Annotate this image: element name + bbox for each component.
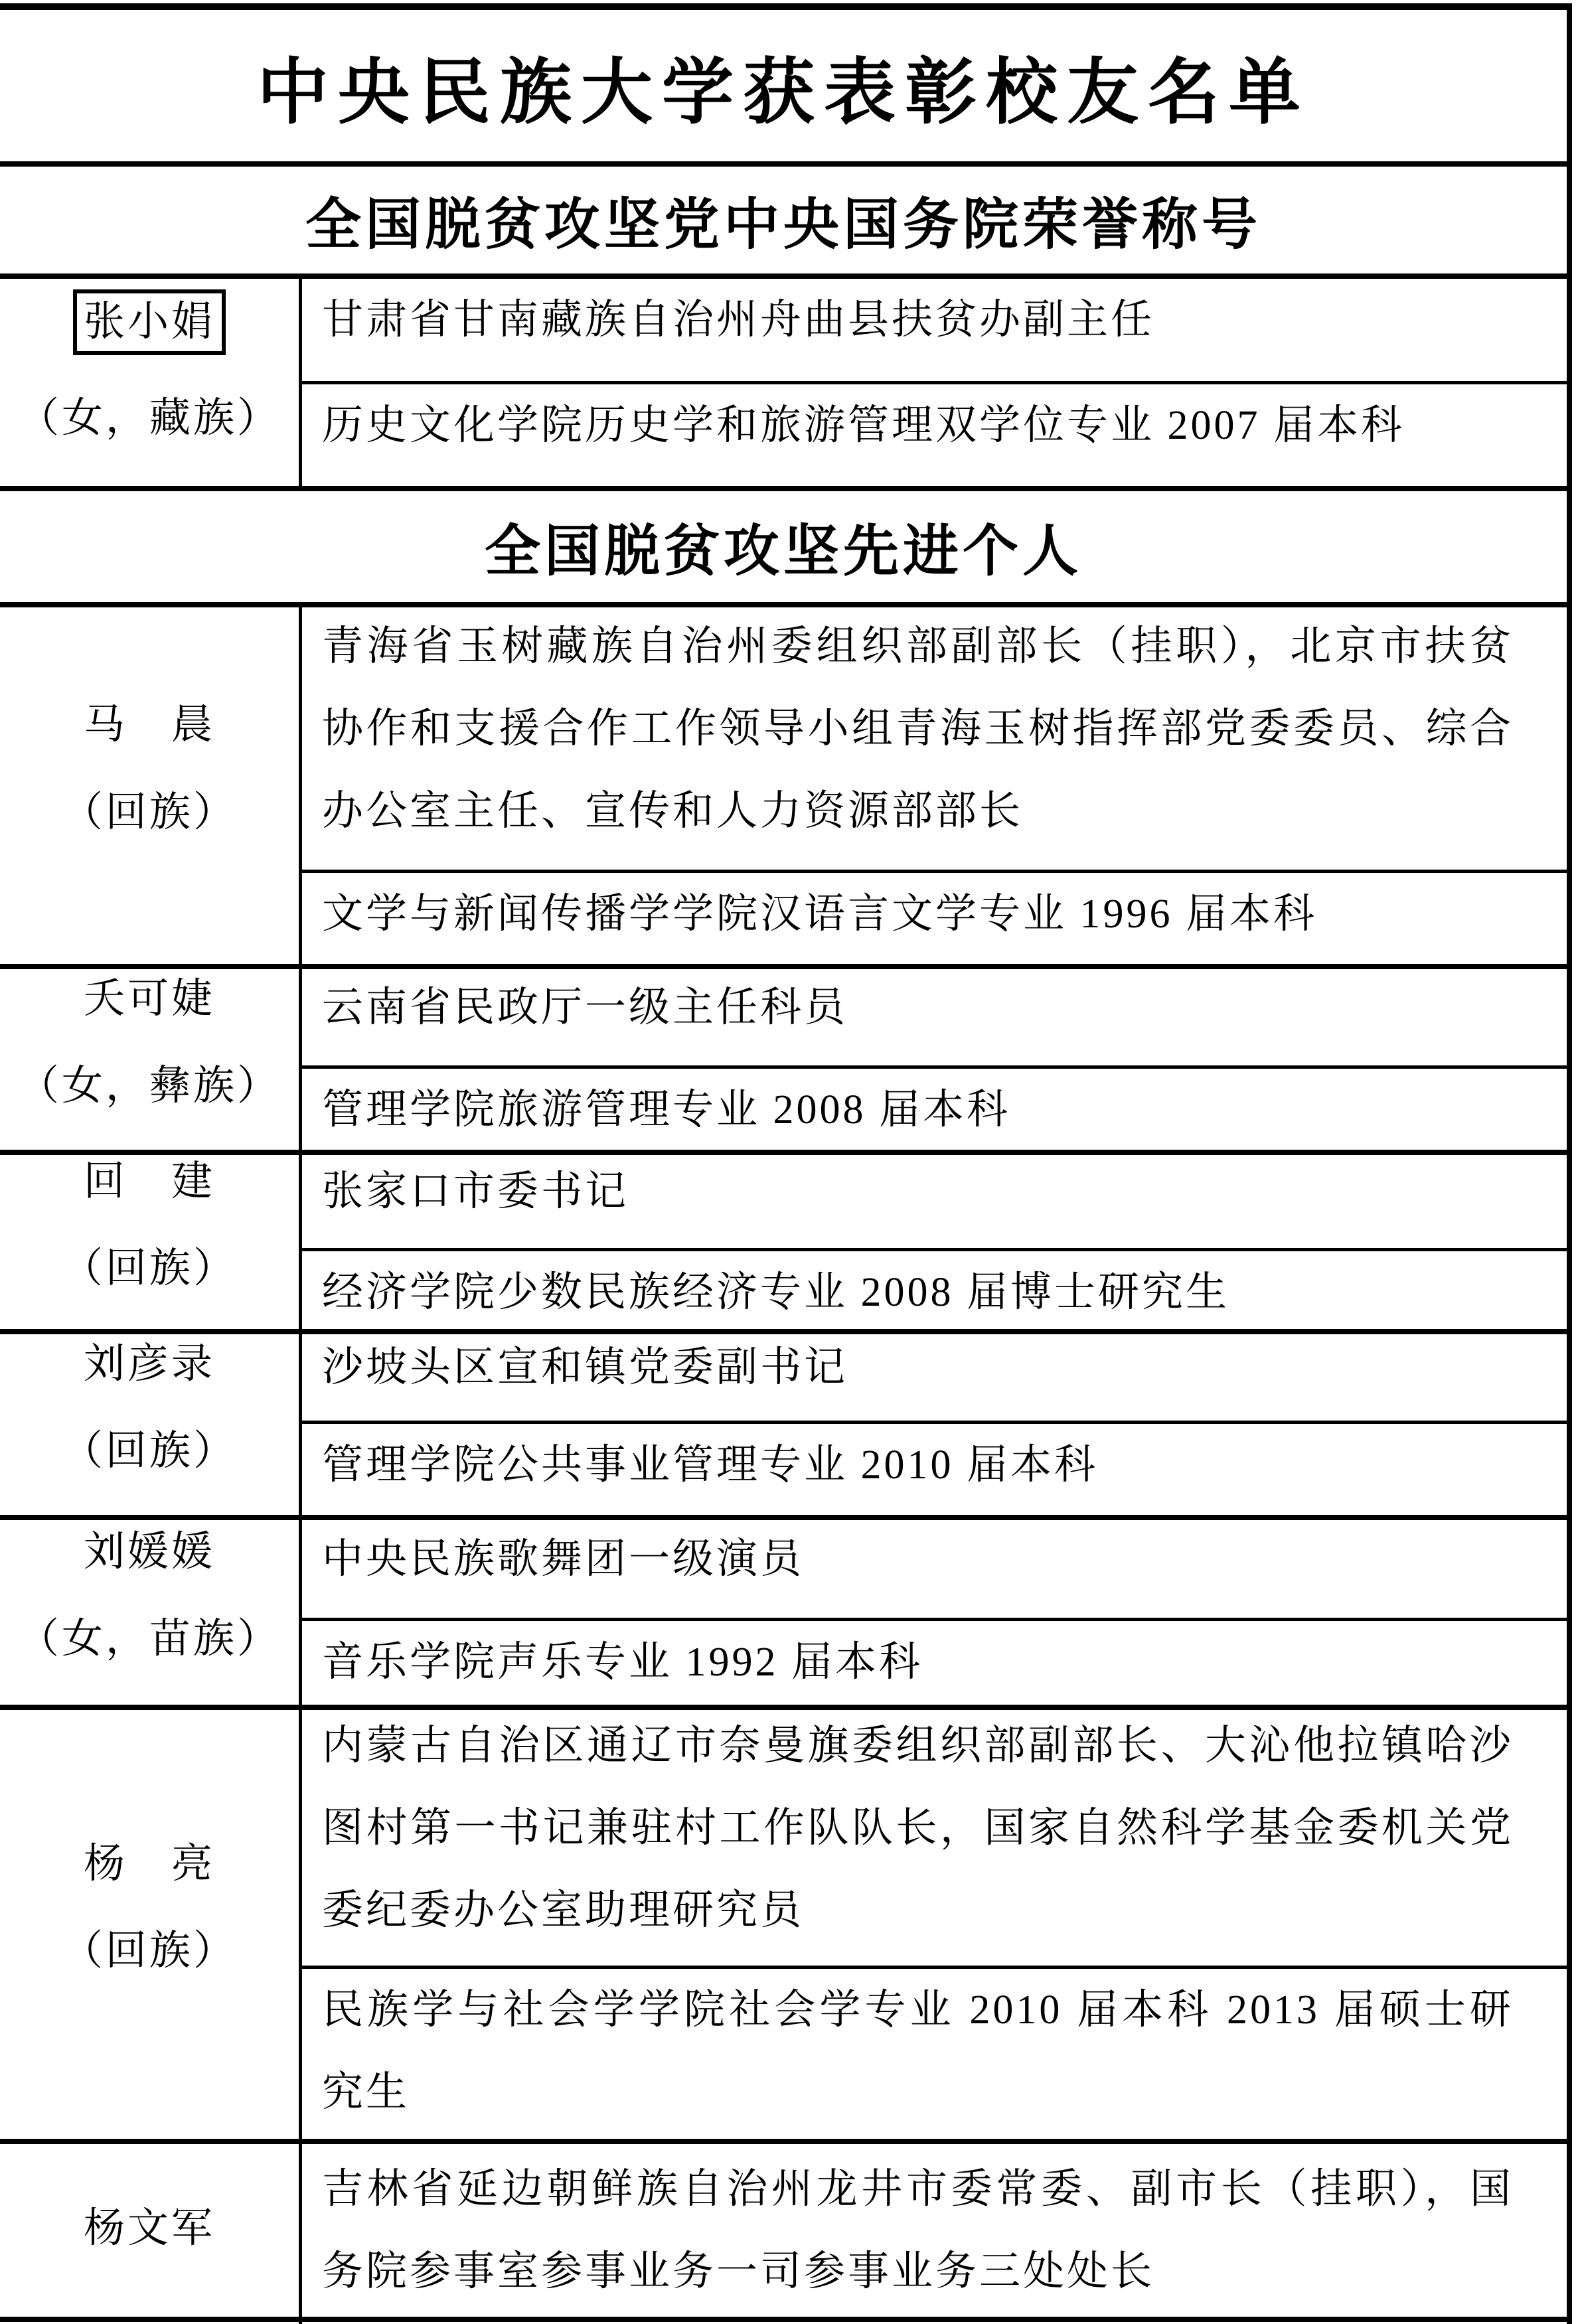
document-title-row: 中央民族大学获表彰校友名单 bbox=[0, 10, 1567, 167]
education-cell: 文学与新闻传播学学院汉语言文学专业 1996 届本科 bbox=[302, 873, 1567, 975]
name-cell: 张小娟 （女，藏族） bbox=[0, 279, 302, 486]
name-cell: 刘彦录 （回族） bbox=[0, 1334, 302, 1515]
details-column: 中央民族歌舞团一级演员 音乐学院声乐专业 1992 届本科 bbox=[302, 1520, 1567, 1705]
name-cell: 杨 亮 （回族） bbox=[0, 1710, 302, 2139]
name-cell: 马 晨 （回族） bbox=[0, 607, 302, 964]
education-cell: 管理学院公共事业管理专业 2010 届本科 bbox=[302, 1424, 1567, 1526]
position-cell: 张家口市委书记 bbox=[302, 1155, 1567, 1251]
table-row-liu-yuanyuan: 刘媛媛 （女，苗族） 中央民族歌舞团一级演员 音乐学院声乐专业 1992 届本科 bbox=[0, 1520, 1567, 1710]
table-bottom-border bbox=[0, 2317, 1572, 2322]
details-column: 青海省玉树藏族自治州委组织部副部长（挂职），北京市扶贫协作和支援合作工作领导小组… bbox=[302, 607, 1567, 964]
section-heading-advanced-individual-row: 全国脱贫攻坚先进个人 bbox=[0, 491, 1567, 607]
alumnus-ethnicity: （回族） bbox=[62, 789, 237, 836]
alumnus-name: 杨文军 bbox=[84, 2205, 215, 2252]
deceased-name-box: 张小娟 bbox=[73, 289, 226, 355]
section-heading-honorary-title-row: 全国脱贫攻坚党中央国务院荣誉称号 bbox=[0, 167, 1567, 279]
alumnus-name: 张小娟 bbox=[84, 299, 215, 345]
table-row-yao-kejie: 夭可婕 （女，彝族） 云南省民政厅一级主任科员 管理学院旅游管理专业 2008 … bbox=[0, 969, 1567, 1155]
position-cell: 内蒙古自治区通辽市奈曼旗委组织部副部长、大沁他拉镇哈沙图村第一书记兼驻村工作队队… bbox=[302, 1710, 1567, 1969]
details-column: 吉林省延边朝鲜族自治州龙井市委常委、副市长（挂职），国务院参事室参事业务一司参事… bbox=[302, 2144, 1567, 2324]
section-heading-honorary-title: 全国脱贫攻坚党中央国务院荣誉称号 bbox=[305, 180, 1261, 260]
section-heading-advanced-individual: 全国脱贫攻坚先进个人 bbox=[485, 506, 1082, 587]
alumnus-ethnicity: （女，彝族） bbox=[18, 1063, 281, 1110]
alumnus-name: 夭可婕 bbox=[84, 976, 215, 1023]
table-row-hui-jian: 回 建 （回族） 张家口市委书记 经济学院少数民族经济专业 2008 届博士研究… bbox=[0, 1155, 1567, 1334]
position-cell: 中央民族歌舞团一级演员 bbox=[302, 1520, 1567, 1621]
alumnus-ethnicity: （女，苗族） bbox=[18, 1616, 281, 1663]
alumnus-name: 马 晨 bbox=[84, 702, 215, 749]
alumni-table: 中央民族大学获表彰校友名单 全国脱贫攻坚党中央国务院荣誉称号 张小娟 （女，藏族… bbox=[0, 3, 1572, 2324]
position-cell: 云南省民政厅一级主任科员 bbox=[302, 969, 1567, 1069]
alumnus-name: 回 建 bbox=[84, 1158, 215, 1205]
table-row-yang-wenjun: 杨文军 吉林省延边朝鲜族自治州龙井市委常委、副市长（挂职），国务院参事室参事业务… bbox=[0, 2144, 1567, 2324]
details-column: 内蒙古自治区通辽市奈曼旗委组织部副部长、大沁他拉镇哈沙图村第一书记兼驻村工作队队… bbox=[302, 1710, 1567, 2139]
name-cell: 刘媛媛 （女，苗族） bbox=[0, 1520, 302, 1705]
name-cell: 回 建 （回族） bbox=[0, 1155, 302, 1329]
alumnus-name: 刘彦录 bbox=[84, 1341, 215, 1388]
alumnus-name: 杨 亮 bbox=[84, 1841, 215, 1888]
document-page: 中央民族大学获表彰校友名单 全国脱贫攻坚党中央国务院荣誉称号 张小娟 （女，藏族… bbox=[0, 0, 1578, 2324]
alumnus-ethnicity: （女，藏族） bbox=[18, 395, 281, 442]
education-cell: 民族学与社会学学院社会学专业 2010 届本科 2013 届硕士研究生 bbox=[302, 1969, 1567, 2153]
alumnus-ethnicity: （回族） bbox=[62, 1245, 237, 1292]
details-column: 沙坡头区宣和镇党委副书记 管理学院公共事业管理专业 2010 届本科 bbox=[302, 1334, 1567, 1515]
details-column: 甘肃省甘南藏族自治州舟曲县扶贫办副主任 历史文化学院历史学和旅游管理双学位专业 … bbox=[302, 279, 1567, 486]
table-row-zhang-xiaojuan: 张小娟 （女，藏族） 甘肃省甘南藏族自治州舟曲县扶贫办副主任 历史文化学院历史学… bbox=[0, 279, 1567, 491]
position-cell: 甘肃省甘南藏族自治州舟曲县扶贫办副主任 bbox=[302, 279, 1567, 384]
table-row-ma-chen: 马 晨 （回族） 青海省玉树藏族自治州委组织部副部长（挂职），北京市扶贫协作和支… bbox=[0, 607, 1567, 969]
alumnus-ethnicity: （回族） bbox=[62, 1428, 237, 1475]
position-cell: 青海省玉树藏族自治州委组织部副部长（挂职），北京市扶贫协作和支援合作工作领导小组… bbox=[302, 607, 1567, 873]
details-column: 云南省民政厅一级主任科员 管理学院旅游管理专业 2008 届本科 bbox=[302, 969, 1567, 1150]
position-cell: 沙坡头区宣和镇党委副书记 bbox=[302, 1334, 1567, 1424]
details-column: 张家口市委书记 经济学院少数民族经济专业 2008 届博士研究生 bbox=[302, 1155, 1567, 1329]
alumnus-ethnicity: （回族） bbox=[62, 1928, 237, 1975]
name-cell: 夭可婕 （女，彝族） bbox=[0, 969, 302, 1150]
table-row-yang-liang: 杨 亮 （回族） 内蒙古自治区通辽市奈曼旗委组织部副部长、大沁他拉镇哈沙图村第一… bbox=[0, 1710, 1567, 2144]
table-row-liu-yanlu: 刘彦录 （回族） 沙坡头区宣和镇党委副书记 管理学院公共事业管理专业 2010 … bbox=[0, 1334, 1567, 1520]
position-cell: 吉林省延边朝鲜族自治州龙井市委常委、副市长（挂职），国务院参事室参事业务一司参事… bbox=[302, 2144, 1567, 2313]
alumnus-name: 刘媛媛 bbox=[84, 1529, 215, 1576]
name-cell: 杨文军 bbox=[0, 2144, 302, 2324]
document-title: 中央民族大学获表彰校友名单 bbox=[257, 35, 1310, 137]
education-cell: 历史文化学院历史学和旅游管理双学位专业 2007 届本科 bbox=[302, 384, 1567, 487]
